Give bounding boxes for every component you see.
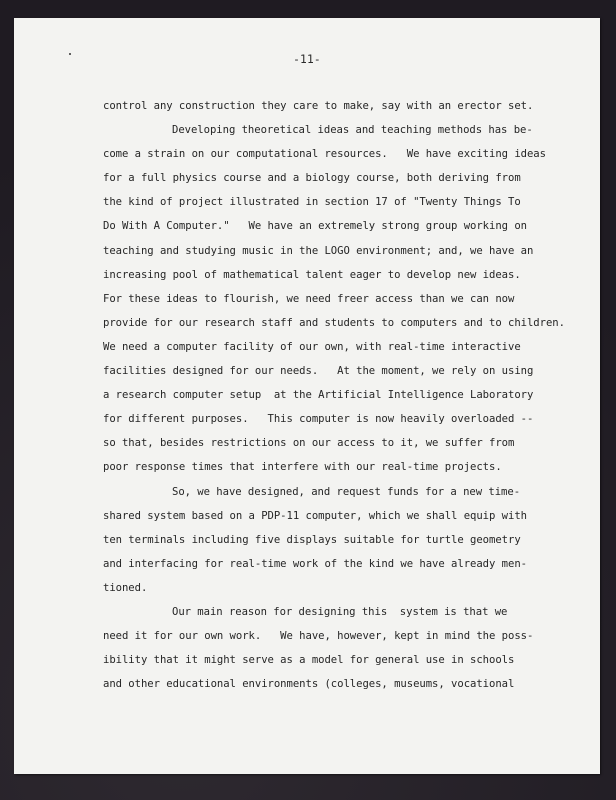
- text-line: so that, besides restrictions on our acc…: [103, 431, 523, 455]
- text-line: the kind of project illustrated in secti…: [103, 190, 523, 214]
- text-line: Developing theoretical ideas and teachin…: [103, 118, 523, 142]
- text-line: a research computer setup at the Artific…: [103, 383, 523, 407]
- text-line: poor response times that interfere with …: [103, 455, 523, 479]
- text-line: and interfacing for real-time work of th…: [103, 552, 523, 576]
- text-line: We need a computer facility of our own, …: [103, 335, 523, 359]
- text-line: increasing pool of mathematical talent e…: [103, 263, 523, 287]
- text-line: facilities designed for our needs. At th…: [103, 359, 523, 383]
- body-text: control any construction they care to ma…: [103, 94, 523, 696]
- text-line: provide for our research staff and stude…: [103, 311, 523, 335]
- text-line: need it for our own work. We have, howev…: [103, 624, 523, 648]
- text-line: tioned.: [103, 576, 523, 600]
- document-page: -11- control any construction they care …: [14, 18, 600, 774]
- text-line: and other educational environments (coll…: [103, 672, 523, 696]
- text-line: For these ideas to flourish, we need fre…: [103, 287, 523, 311]
- page-number: -11-: [14, 53, 600, 66]
- text-line: come a strain on our computational resou…: [103, 142, 523, 166]
- text-line: Do With A Computer." We have an extremel…: [103, 214, 523, 238]
- text-line: teaching and studying music in the LOGO …: [103, 239, 523, 263]
- text-line: So, we have designed, and request funds …: [103, 480, 523, 504]
- text-line: control any construction they care to ma…: [103, 94, 523, 118]
- text-line: for different purposes. This computer is…: [103, 407, 523, 431]
- text-line: ten terminals including five displays su…: [103, 528, 523, 552]
- text-line: shared system based on a PDP-11 computer…: [103, 504, 523, 528]
- text-line: Our main reason for designing this syste…: [103, 600, 523, 624]
- text-line: for a full physics course and a biology …: [103, 166, 523, 190]
- text-line: ibility that it might serve as a model f…: [103, 648, 523, 672]
